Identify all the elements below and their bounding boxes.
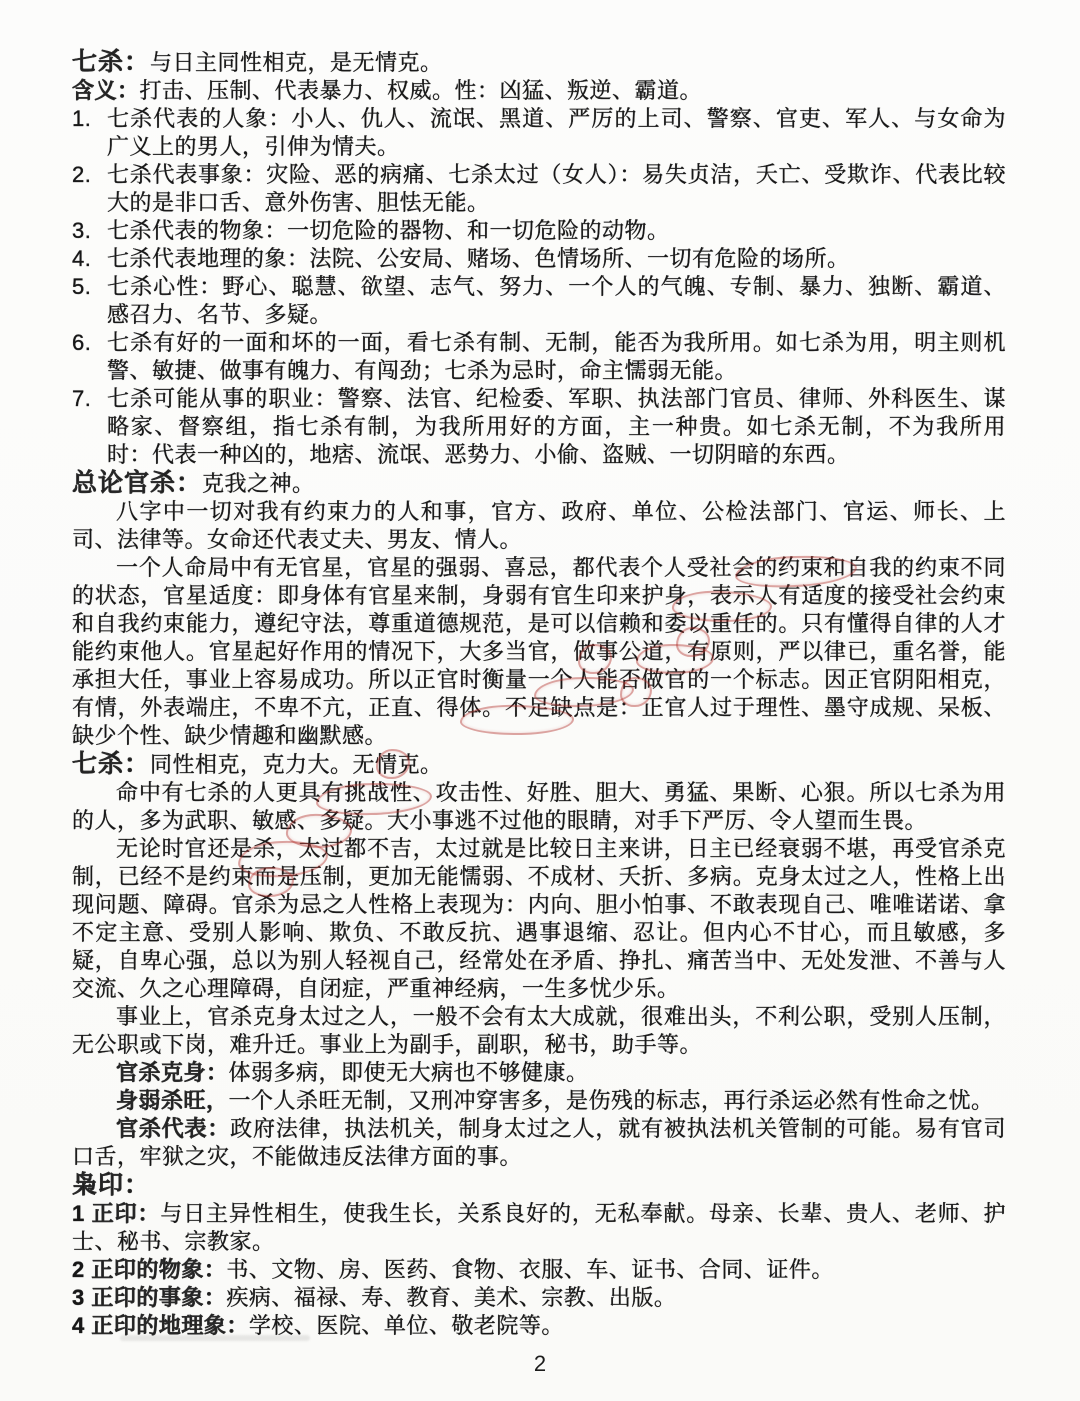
paragraph-text: 命中有七杀的人更具有挑战性、攻击性、好胜、胆大、勇猛、果断、心狠。所以七杀为用的…: [72, 780, 1006, 833]
paragraph-lead: 2 正印的物象：: [72, 1257, 226, 1282]
heading-text: 克我之神。: [202, 471, 315, 496]
list-item-text: 七杀有好的一面和坏的一面，看七杀有制、无制，能否为我所用。如七杀为用，明主则机警…: [107, 330, 1006, 383]
paragraph: 3 正印的事象：疾病、福禄、寿、教育、美术、宗教、出版。: [72, 1284, 1006, 1312]
list-item-number: 4.: [72, 245, 107, 273]
numbered-list-item: 5.七杀心性：野心、聪慧、欲望、志气、努力、一个人的气魄、专制、暴力、独断、霸道…: [72, 273, 1006, 329]
numbered-list-item: 1.七杀代表的人象：小人、仇人、流氓、黑道、严厉的上司、警察、官吏、军人、与女命…: [72, 105, 1006, 161]
numbered-list-item: 3.七杀代表的物象：一切危险的器物、和一切危险的动物。: [72, 217, 1006, 245]
paragraph-text: 一个人命局中有无官星，官星的强弱、喜忌，都代表个人受社会的约束和自我的约束不同的…: [72, 555, 1006, 748]
paragraph: 事业上，官杀克身太过之人，一般不会有太大成就，很难出头，不利公职，受别人压制，无…: [72, 1003, 1006, 1059]
paragraph-text: 书、文物、房、医药、食物、衣服、车、证书、合同、证件。: [226, 1257, 834, 1282]
paragraph-text: 疾病、福禄、寿、教育、美术、宗教、出版。: [226, 1285, 676, 1310]
list-item-number: 7.: [72, 385, 107, 469]
paragraph: 八字中一切对我有约束力的人和事，官方、政府、单位、公检法部门、官运、师长、上司、…: [72, 498, 1006, 554]
heading-lead: 枭印：: [72, 1171, 150, 1199]
heading-lead: 总论官杀：: [72, 469, 202, 497]
list-item-text: 七杀代表事象：灾险、恶的病痛、七杀太过（女人）：易失贞洁，夭亡、受欺诈、代表比较…: [107, 162, 1006, 215]
section-heading: 七杀：与日主同性相克，是无情克。: [72, 48, 1006, 77]
paragraph: 命中有七杀的人更具有挑战性、攻击性、好胜、胆大、勇猛、果断、心狠。所以七杀为用的…: [72, 779, 1006, 835]
paragraph-lead: 身弱杀旺，: [116, 1088, 229, 1113]
list-item-text: 七杀心性：野心、聪慧、欲望、志气、努力、一个人的气魄、专制、暴力、独断、霸道、感…: [107, 274, 1006, 327]
numbered-list-item: 4.七杀代表地理的象：法院、公安局、赌场、色情场所、一切有危险的场所。: [72, 245, 1006, 273]
list-item-number: 6.: [72, 329, 107, 385]
paragraph: 官杀克身：体弱多病，即使无大病也不够健康。: [72, 1059, 1006, 1087]
paragraph-lead: 官杀代表：: [116, 1116, 230, 1141]
paragraph-lead: 含义：: [72, 78, 140, 103]
heading-text: 与日主同性相克，是无情克。: [150, 50, 443, 75]
paragraph-text: 一个人杀旺无制，又刑冲穿害多，是伤残的标志，再行杀运必然有性命之忧。: [229, 1088, 994, 1113]
paragraph-text: 与日主异性相生，使我生长，关系良好的，无私奉献。母亲、长辈、贵人、老师、护士、秘…: [72, 1201, 1006, 1254]
scan-smudge-artifact: [120, 1335, 310, 1341]
paragraph: 2 正印的物象：书、文物、房、医药、食物、衣服、车、证书、合同、证件。: [72, 1256, 1006, 1284]
paragraph-text: 打击、压制、代表暴力、权威。性：凶猛、叛逆、霸道。: [140, 78, 703, 103]
paragraph-text: 事业上，官杀克身太过之人，一般不会有太大成就，很难出头，不利公职，受别人压制，无…: [72, 1004, 1006, 1057]
paragraph: 身弱杀旺，一个人杀旺无制，又刑冲穿害多，是伤残的标志，再行杀运必然有性命之忧。: [72, 1087, 1006, 1115]
paragraph-lead: 1 正印：: [72, 1201, 160, 1226]
numbered-list-item: 6.七杀有好的一面和坏的一面，看七杀有制、无制，能否为我所用。如七杀为用，明主则…: [72, 329, 1006, 385]
document-body: 七杀：与日主同性相克，是无情克。含义：打击、压制、代表暴力、权威。性：凶猛、叛逆…: [72, 48, 1006, 1340]
list-item-number: 2.: [72, 161, 107, 217]
section-heading: 总论官杀：克我之神。: [72, 469, 1006, 498]
paragraph: 含义：打击、压制、代表暴力、权威。性：凶猛、叛逆、霸道。: [72, 77, 1006, 105]
list-item-text: 七杀代表的人象：小人、仇人、流氓、黑道、严厉的上司、警察、官吏、军人、与女命为广…: [107, 106, 1006, 159]
list-item-text: 七杀代表地理的象：法院、公安局、赌场、色情场所、一切有危险的场所。: [107, 246, 850, 271]
paragraph: 官杀代表：政府法律，执法机关，制身太过之人，就有被执法机关管制的可能。易有官司口…: [72, 1115, 1006, 1171]
numbered-list-item: 7.七杀可能从事的职业：警察、法官、纪检委、军职、执法部门官员、律师、外科医生、…: [72, 385, 1006, 469]
paragraph: 无论时官还是杀，太过都不吉，太过就是比较日主来讲，日主已经衰弱不堪，再受官杀克制…: [72, 835, 1006, 1003]
paragraph-lead: 官杀克身：: [116, 1060, 229, 1085]
page-number: 2: [0, 1351, 1080, 1377]
paragraph: 1 正印：与日主异性相生，使我生长，关系良好的，无私奉献。母亲、长辈、贵人、老师…: [72, 1200, 1006, 1256]
heading-lead: 七杀：: [72, 48, 150, 76]
list-item-text: 七杀代表的物象：一切危险的器物、和一切危险的动物。: [107, 218, 670, 243]
paragraph-lead: 3 正印的事象：: [72, 1285, 226, 1310]
paragraph-text: 八字中一切对我有约束力的人和事，官方、政府、单位、公检法部门、官运、师长、上司、…: [72, 499, 1006, 552]
list-item-text: 七杀可能从事的职业：警察、法官、纪检委、军职、执法部门官员、律师、外科医生、谋略…: [107, 386, 1006, 467]
heading-text: 同性相克，克力大。无情克。: [150, 752, 443, 777]
numbered-list-item: 2.七杀代表事象：灾险、恶的病痛、七杀太过（女人）：易失贞洁，夭亡、受欺诈、代表…: [72, 161, 1006, 217]
paragraph-text: 无论时官还是杀，太过都不吉，太过就是比较日主来讲，日主已经衰弱不堪，再受官杀克制…: [72, 836, 1006, 1001]
heading-lead: 七杀：: [72, 750, 150, 778]
list-item-number: 5.: [72, 273, 107, 329]
scanned-document-page: 七杀：与日主同性相克，是无情克。含义：打击、压制、代表暴力、权威。性：凶猛、叛逆…: [0, 0, 1080, 1401]
paragraph-text: 体弱多病，即使无大病也不够健康。: [229, 1060, 589, 1085]
list-item-number: 3.: [72, 217, 107, 245]
section-heading: 枭印：: [72, 1171, 1006, 1200]
section-heading: 七杀：同性相克，克力大。无情克。: [72, 750, 1006, 779]
list-item-number: 1.: [72, 105, 107, 161]
paragraph: 一个人命局中有无官星，官星的强弱、喜忌，都代表个人受社会的约束和自我的约束不同的…: [72, 554, 1006, 750]
